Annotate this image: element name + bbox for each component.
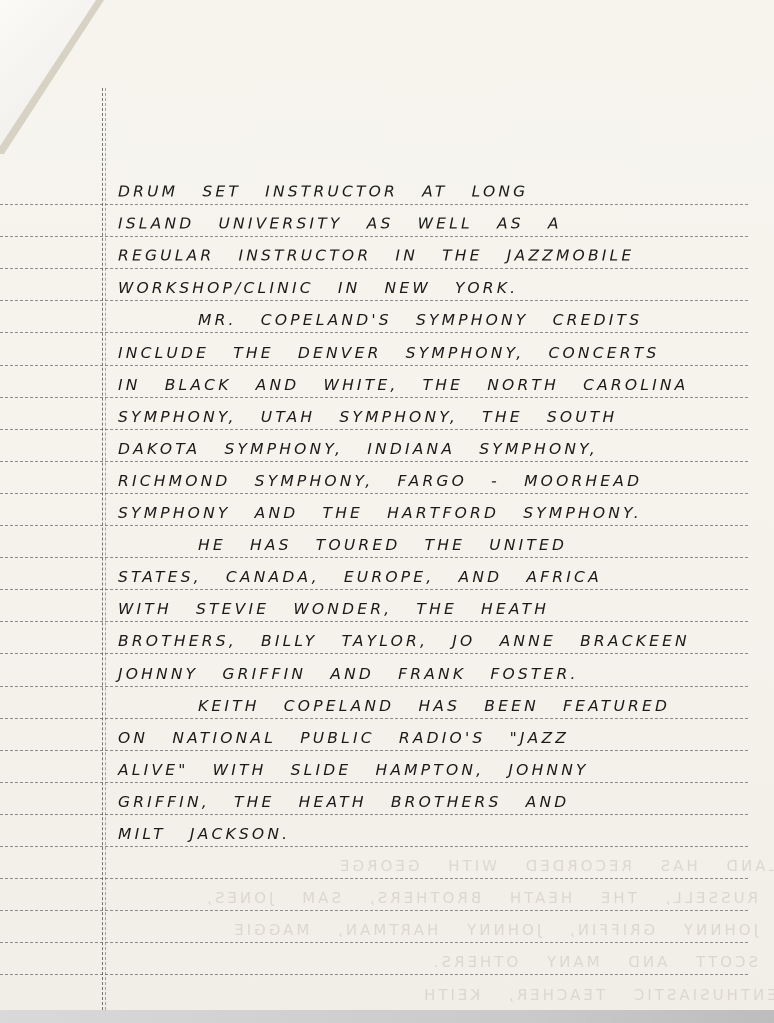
handwritten-line: DAKOTA SYMPHONY, INDIANA SYMPHONY,: [118, 440, 758, 457]
ruled-line: [0, 525, 748, 526]
handwritten-line: STATES, CANADA, EUROPE, AND AFRICA: [118, 569, 758, 586]
bleed-through-line: JOHNNY GRIFFIN, JOHNNY HARTMAN, MAGGIE: [118, 921, 758, 939]
handwritten-line: ON NATIONAL PUBLIC RADIO'S "JAZZ: [118, 729, 758, 746]
bleed-through-line: RUSSELL, THE HEATH BROTHERS, SAM JONES,: [118, 889, 758, 907]
ruled-line: [0, 493, 748, 494]
handwritten-line: GRIFFIN, THE HEATH BROTHERS AND: [118, 793, 758, 810]
ruled-line: [0, 589, 748, 590]
margin-line: [102, 88, 103, 1010]
handwritten-line: REGULAR INSTRUCTOR IN THE JAZZMOBILE: [118, 248, 758, 265]
ruled-line: [0, 332, 748, 333]
bleed-through-line: AN ENTHUSIASTIC TEACHER, KEITH: [190, 986, 774, 1004]
handwritten-line: SYMPHONY, UTAH SYMPHONY, THE SOUTH: [118, 408, 758, 425]
ruled-line: [0, 910, 748, 911]
scan-bottom-edge: [0, 1010, 774, 1023]
ruled-line: [0, 878, 748, 879]
handwritten-line: BROTHERS, BILLY TAYLOR, JO ANNE BRACKEEN: [118, 633, 758, 650]
ruled-line: [0, 942, 748, 943]
handwritten-line: DRUM SET INSTRUCTOR AT LONG: [118, 183, 758, 200]
margin-line-inner: [105, 88, 106, 1010]
ruled-line: [0, 846, 748, 847]
ruled-line: [0, 750, 748, 751]
ruled-line: [0, 429, 748, 430]
handwritten-line: SYMPHONY AND THE HARTFORD SYMPHONY.: [118, 504, 758, 521]
ruled-line: [0, 621, 748, 622]
ruled-line: [0, 236, 748, 237]
ruled-line: [0, 557, 748, 558]
handwritten-line: HE HAS TOURED THE UNITED: [198, 537, 774, 554]
handwritten-line: IN BLACK AND WHITE, THE NORTH CAROLINA: [118, 376, 758, 393]
ruled-line: [0, 814, 748, 815]
handwritten-line: KEITH COPELAND HAS BEEN FEATURED: [198, 697, 774, 714]
handwritten-line: ISLAND UNIVERSITY AS WELL AS A: [118, 216, 758, 233]
ruled-line: [0, 686, 748, 687]
handwritten-line: WITH STEVIE WONDER, THE HEATH: [118, 601, 758, 618]
bleed-through-line: SCOTT AND MANY OTHERS.: [118, 953, 758, 971]
ruled-line: [0, 268, 748, 269]
ruled-line: [0, 397, 748, 398]
handwritten-line: ALIVE" WITH SLIDE HAMPTON, JOHNNY: [118, 761, 758, 778]
ruled-line: [0, 204, 748, 205]
handwritten-line: MILT JACKSON.: [118, 825, 758, 842]
handwritten-line: MR. COPELAND'S SYMPHONY CREDITS: [198, 312, 774, 329]
ruled-line: [0, 653, 748, 654]
ruled-line: [0, 974, 748, 975]
handwritten-line: RICHMOND SYMPHONY, FARGO - MOORHEAD: [118, 472, 758, 489]
handwritten-line: WORKSHOP/CLINIC IN NEW YORK.: [118, 280, 758, 297]
handwritten-line: INCLUDE THE DENVER SYMPHONY, CONCERTS: [118, 344, 758, 361]
ruled-line: [0, 300, 748, 301]
ruled-line: [0, 461, 748, 462]
handwritten-line: JOHNNY GRIFFIN AND FRANK FOSTER.: [118, 665, 758, 682]
bleed-through-line: COPELAND HAS RECORDED WITH GEORGE: [190, 857, 774, 875]
ruled-line: [0, 782, 748, 783]
ruled-line: [0, 365, 748, 366]
ruled-line: [0, 718, 748, 719]
